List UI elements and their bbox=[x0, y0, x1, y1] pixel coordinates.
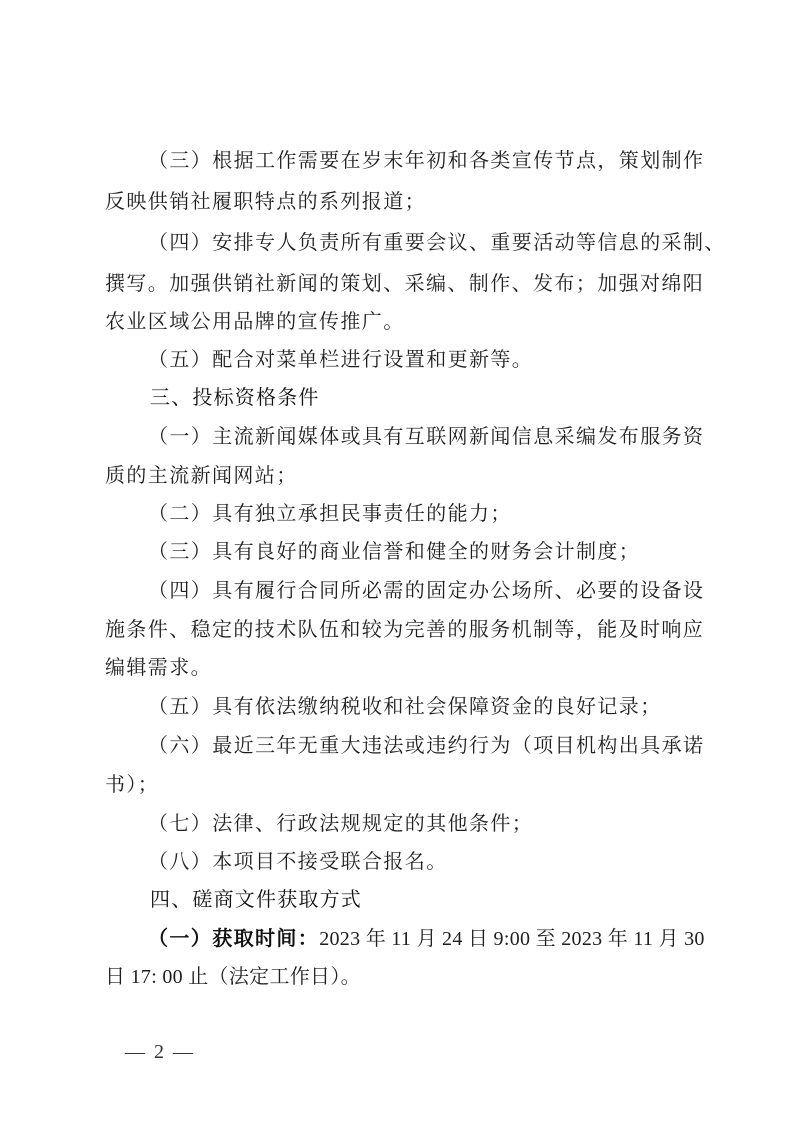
paragraph-line: （六）最近三年无重大违法或违约行为（项目机构出具承诺 bbox=[148, 730, 758, 760]
item-text: 具有良好的商业信誉和健全的财务会计制度； bbox=[212, 539, 640, 563]
paragraph-line: 撰写。加强供销社新闻的策划、采编、制作、发布；加强对绵阳 bbox=[105, 268, 715, 298]
item-label: （三） bbox=[148, 148, 212, 172]
item-label: （四） bbox=[148, 230, 212, 254]
item-label: （六） bbox=[148, 733, 212, 757]
item-label: （八） bbox=[148, 849, 212, 873]
bold-item-label: （一）获取时间： bbox=[148, 926, 319, 950]
item-text: 主流新闻媒体或具有互联网新闻信息采编发布服务资 bbox=[212, 424, 704, 448]
item-text: 本项目不接受联合报名。 bbox=[212, 849, 447, 873]
paragraph-line: （三）根据工作需要在岁末年初和各类宣传节点，策划制作 bbox=[148, 145, 758, 175]
paragraph-line: 施条件、稳定的技术队伍和较为完善的服务机制等，能及时响应 bbox=[105, 614, 715, 644]
paragraph-line: 日 17: 00 止（法定工作日）。 bbox=[105, 961, 715, 991]
item-text: 具有独立承担民事责任的能力； bbox=[212, 501, 512, 525]
paragraph-line: （七）法律、行政法规规定的其他条件； bbox=[148, 808, 758, 838]
item-label: （五） bbox=[148, 694, 212, 718]
section-heading: 四、磋商文件获取方式 bbox=[150, 884, 760, 914]
paragraph-line: （四）安排专人负责所有重要会议、重要活动等信息的采制、 bbox=[148, 227, 758, 257]
item-text: 具有依法缴纳税收和社会保障资金的良好记录； bbox=[212, 694, 661, 718]
item-label: （五） bbox=[148, 347, 212, 371]
paragraph-line: （三）具有良好的商业信誉和健全的财务会计制度； bbox=[148, 536, 758, 566]
section-heading: 三、投标资格条件 bbox=[150, 382, 760, 412]
paragraph-line: （五）配合对菜单栏进行设置和更新等。 bbox=[148, 344, 758, 374]
paragraph-line: （四）具有履行合同所必需的固定办公场所、必要的设备设 bbox=[148, 575, 758, 605]
item-label: （四） bbox=[148, 578, 212, 602]
continuation-text: 撰写。加强供销社新闻的策划、采编、制作、发布；加强对绵阳 bbox=[105, 271, 704, 295]
paragraph-line: （八）本项目不接受联合报名。 bbox=[148, 846, 758, 876]
continuation-text: 编辑需求。 bbox=[105, 655, 212, 679]
item-text: 配合对菜单栏进行设置和更新等。 bbox=[212, 347, 533, 371]
paragraph-line: 反映供销社履职特点的系列报道； bbox=[105, 186, 715, 216]
paragraph-line: 书）； bbox=[105, 769, 715, 799]
item-label: （三） bbox=[148, 539, 212, 563]
paragraph-line: （一）主流新闻媒体或具有互联网新闻信息采编发布服务资 bbox=[148, 421, 758, 451]
item-text: 法律、行政法规规定的其他条件； bbox=[212, 811, 533, 835]
item-text: 2023 年 11 月 24 日 9:00 至 2023 年 11 月 30 bbox=[319, 928, 704, 950]
item-label: （二） bbox=[148, 501, 212, 525]
page-number: — 2 — bbox=[125, 1040, 195, 1064]
paragraph-line: （五）具有依法缴纳税收和社会保障资金的良好记录； bbox=[148, 691, 758, 721]
continuation-text: 农业区域公用品牌的宣传推广。 bbox=[105, 309, 405, 333]
item-label: （七） bbox=[148, 811, 212, 835]
item-text: 最近三年无重大违法或违约行为（项目机构出具承诺 bbox=[212, 733, 704, 757]
paragraph-line: （二）具有独立承担民事责任的能力； bbox=[148, 498, 758, 528]
continuation-text: 反映供销社履职特点的系列报道； bbox=[105, 189, 426, 213]
paragraph-line: 农业区域公用品牌的宣传推广。 bbox=[105, 306, 715, 336]
item-text: 安排专人负责所有重要会议、重要活动等信息的采制、 bbox=[212, 230, 726, 254]
continuation-text: 施条件、稳定的技术队伍和较为完善的服务机制等，能及时响应 bbox=[105, 617, 704, 641]
continuation-text: 书）； bbox=[105, 772, 159, 796]
continuation-text: 日 17: 00 止（法定工作日）。 bbox=[105, 966, 361, 988]
continuation-text: 质的主流新闻网站； bbox=[105, 463, 298, 487]
item-label: （一） bbox=[148, 424, 212, 448]
paragraph-line: 质的主流新闻网站； bbox=[105, 460, 715, 490]
document-page: （三）根据工作需要在岁末年初和各类宣传节点，策划制作 反映供销社履职特点的系列报… bbox=[0, 0, 793, 1122]
paragraph-line: （一）获取时间：2023 年 11 月 24 日 9:00 至 2023 年 1… bbox=[148, 923, 758, 953]
paragraph-line: 编辑需求。 bbox=[105, 652, 715, 682]
item-text: 根据工作需要在岁末年初和各类宣传节点，策划制作 bbox=[212, 148, 704, 172]
item-text: 具有履行合同所必需的固定办公场所、必要的设备设 bbox=[212, 578, 704, 602]
